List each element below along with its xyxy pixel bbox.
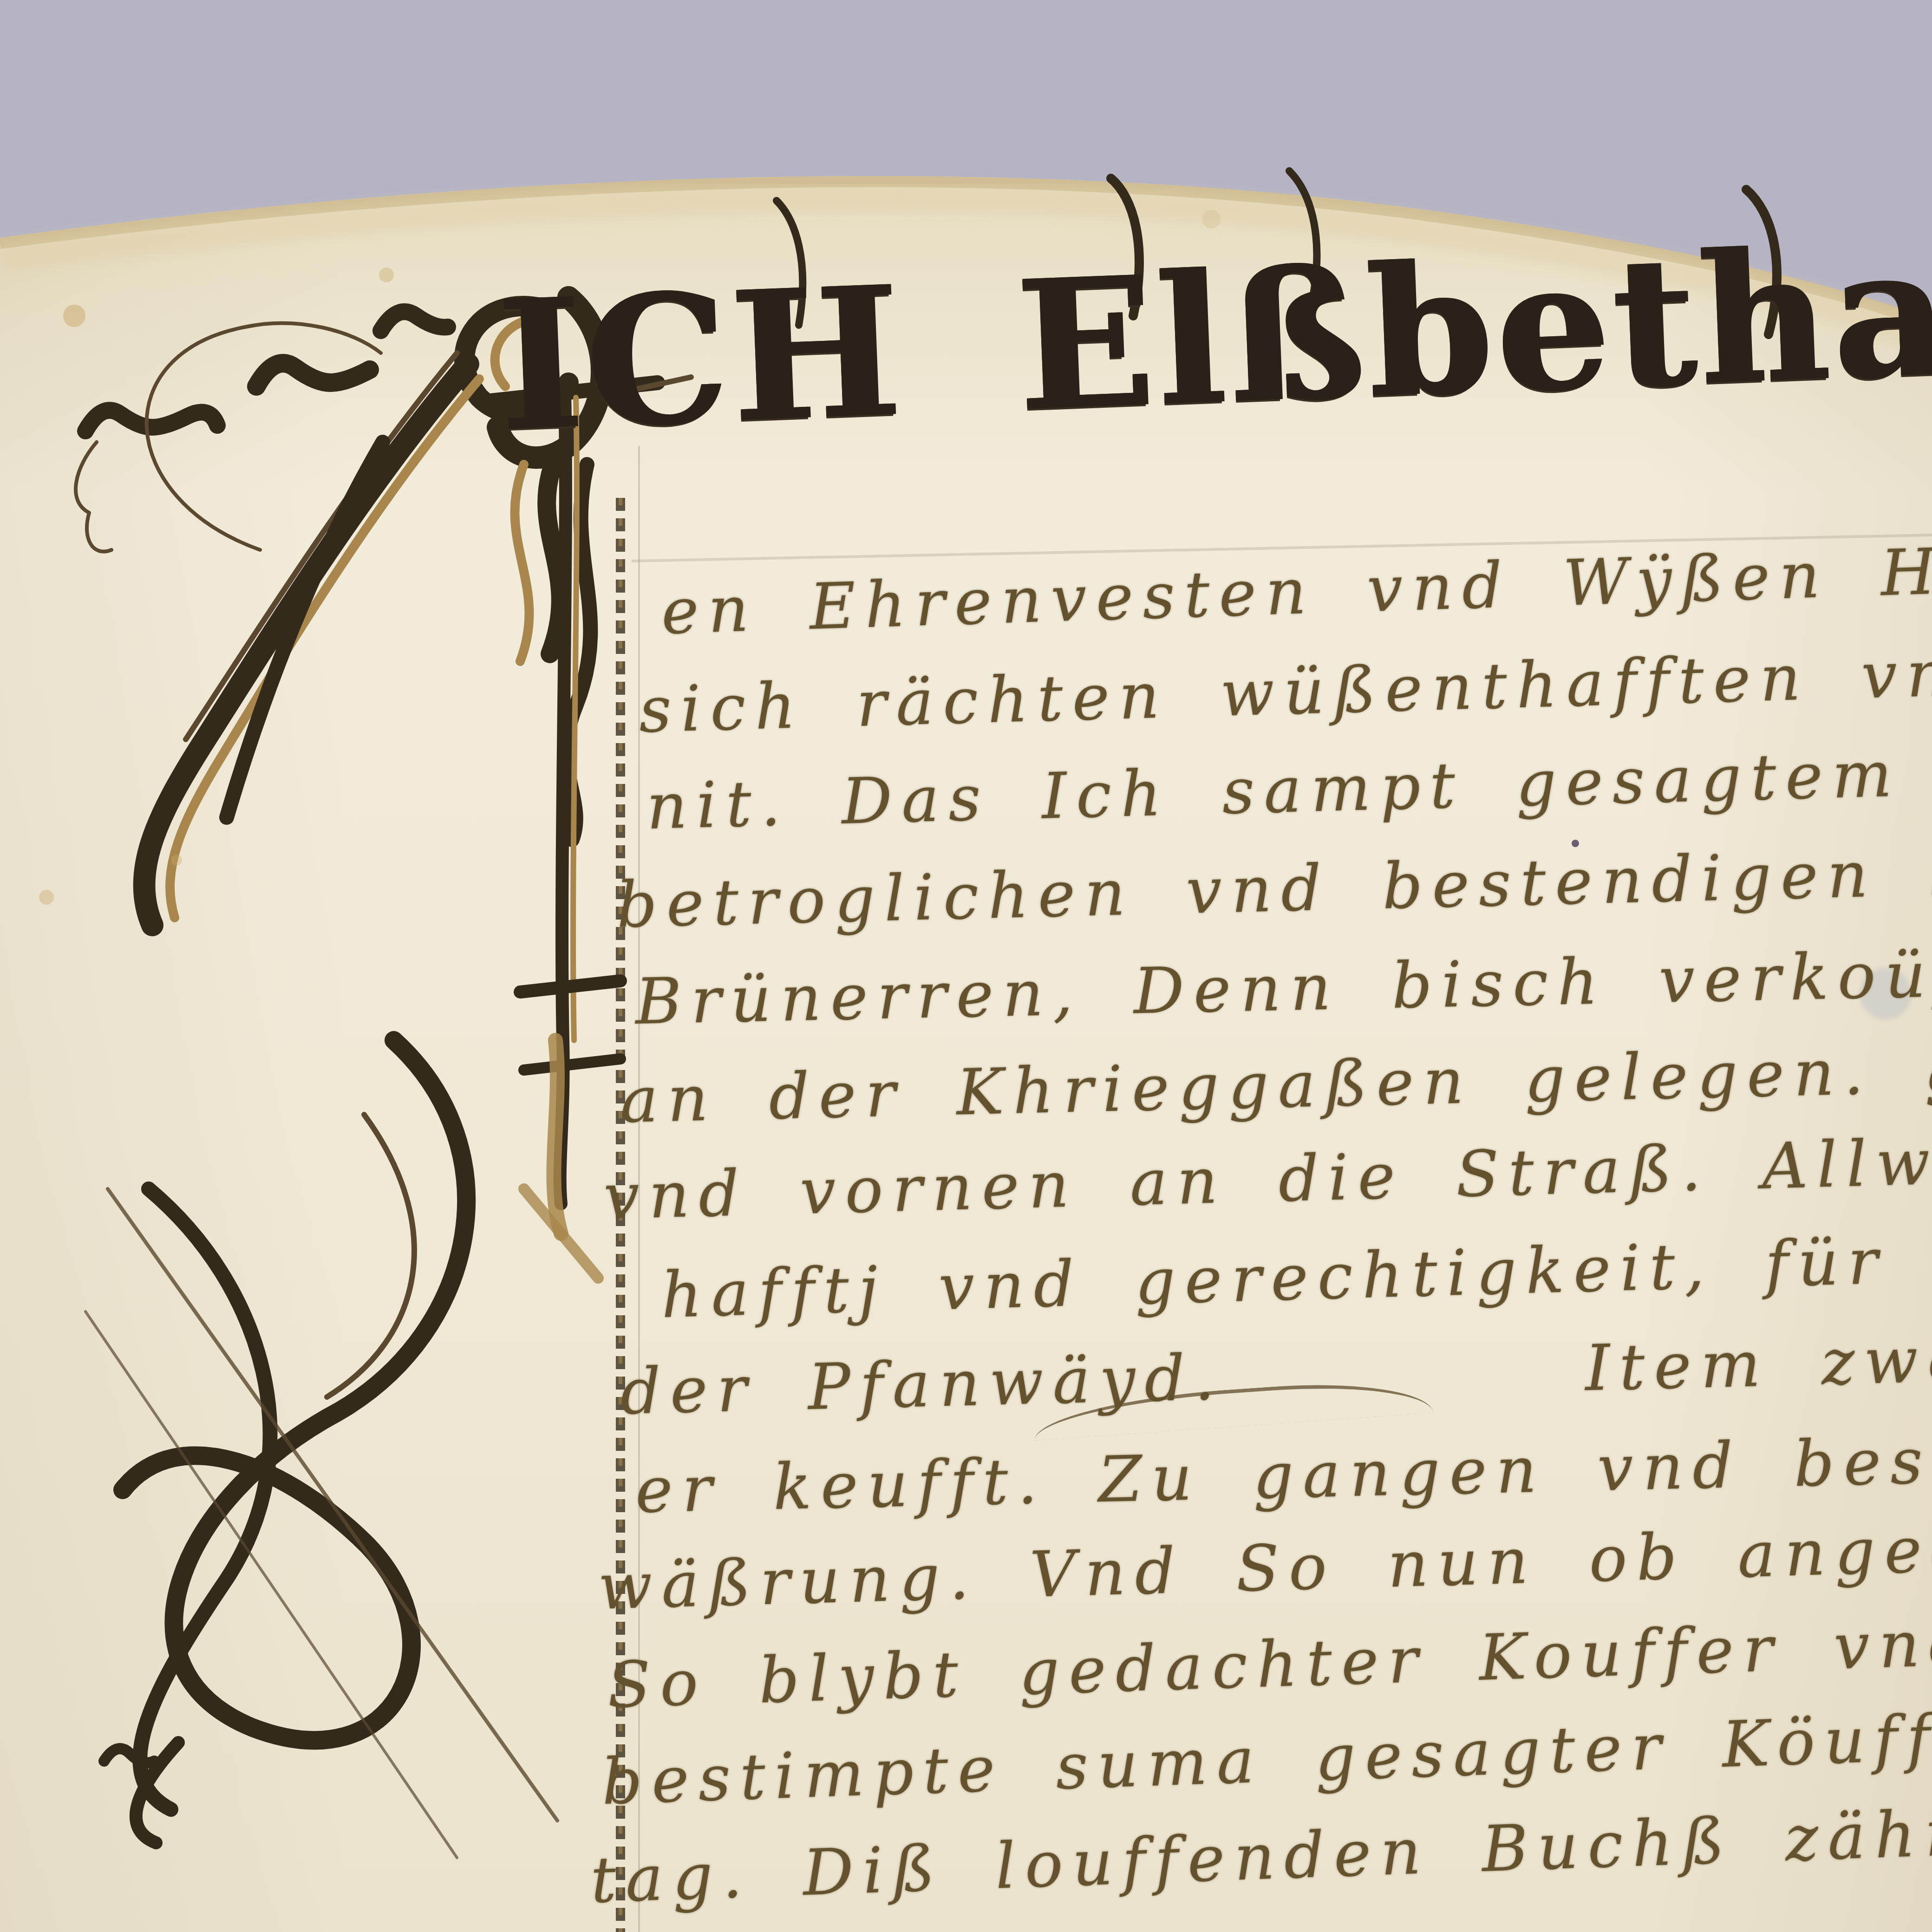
- manuscript-line: er keufft. Zu gangen vnd beschächnen: [634, 1422, 1932, 1523]
- manuscript-line: an der Khrieggaßen gelegen. g: [620, 1039, 1932, 1133]
- text-layer: ICH Elßbetha Scha en Ehrenvesten vnd Wÿß…: [0, 0, 1932, 1932]
- manuscript-line: betroglichen vnd bestendigen kouffe: [616, 836, 1932, 938]
- manuscript-line: Brünerren, Denn bisch verkoüffer, bi: [635, 938, 1932, 1035]
- manuscript-line: vnd vornen an die Straß. Allw: [603, 1132, 1932, 1230]
- manuscript-photo: ICH Elßbetha Scha en Ehrenvesten vnd Wÿß…: [0, 0, 1932, 1932]
- manuscript-line: tag. Diß louffenden Buchß zähn: [590, 1802, 1932, 1913]
- manuscript-line: en Ehrenvesten vnd Wÿßen Herrn: [660, 535, 1932, 645]
- manuscript-line: nit. Das Ich sampt gesagtem mg: [646, 739, 1932, 840]
- manuscript-line: So blybt gedachter Kouffer vnd syne: [607, 1605, 1932, 1718]
- manuscript-line: wäßrung. Vnd So nun ob angedütr: [597, 1514, 1932, 1620]
- manuscript-line: sich rächten wüßenthafften vnd g: [638, 639, 1932, 743]
- calligraphic-heading: ICH Elßbetha Scha: [495, 179, 1932, 457]
- manuscript-line: hafftj vnd gerechtigkeit, für gantz: [660, 1223, 1932, 1328]
